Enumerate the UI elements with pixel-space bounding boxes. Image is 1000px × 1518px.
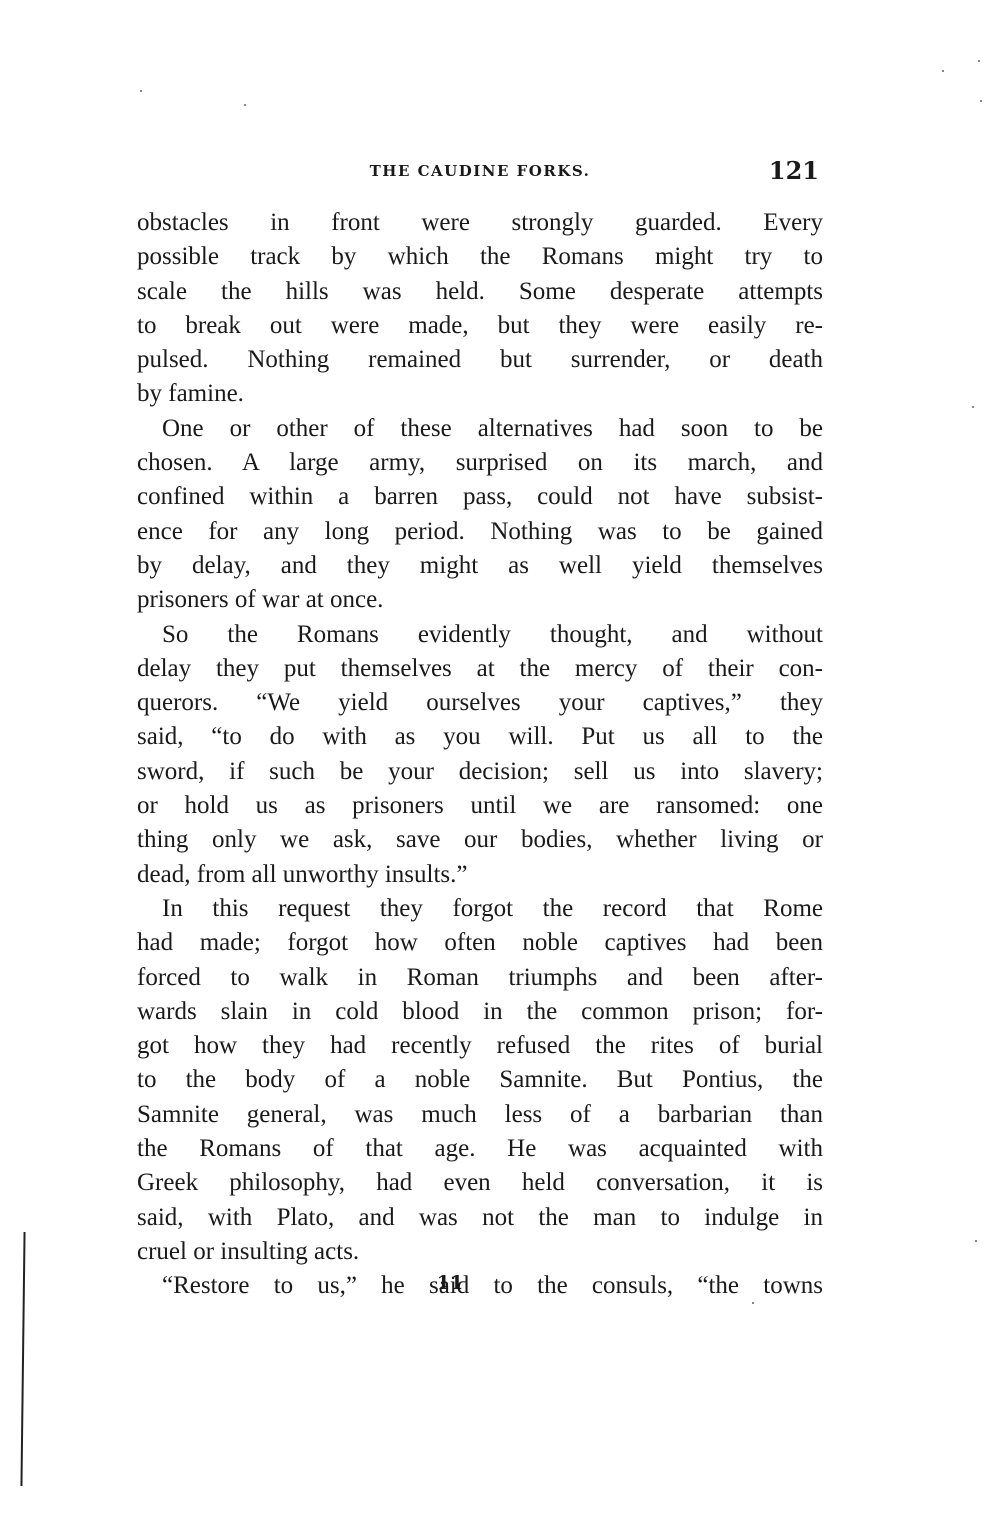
text-line: by famine. — [137, 377, 823, 411]
text-line: the Romans of that age. He was acquainte… — [137, 1132, 823, 1166]
text-line: pulsed. Nothing remained but surrender, … — [137, 343, 823, 377]
text-line: thing only we ask, save our bodies, whet… — [137, 823, 823, 857]
scan-margin-line — [20, 1232, 25, 1486]
text-line: So the Romans evidently thought, and wit… — [137, 618, 823, 652]
text-line: scale the hills was held. Some desperate… — [137, 275, 823, 309]
text-line: sword, if such be your decision; sell us… — [137, 755, 823, 789]
text-line: querors. “We yield ourselves your captiv… — [137, 686, 823, 720]
text-line: obstacles in front were strongly guarded… — [137, 206, 823, 240]
scan-speck — [975, 1240, 977, 1242]
scan-speck — [752, 1302, 754, 1304]
text-line: to the body of a noble Samnite. But Pont… — [137, 1063, 823, 1097]
text-line: or hold us as prisoners until we are ran… — [137, 789, 823, 823]
scan-speck — [972, 406, 974, 408]
paragraph: In this request they forgot the record t… — [137, 892, 823, 1269]
paragraph: So the Romans evidently thought, and wit… — [137, 618, 823, 892]
text-line: by delay, and they might as well yield t… — [137, 549, 823, 583]
text-line: One or other of these alternatives had s… — [137, 412, 823, 446]
scan-speck — [244, 104, 246, 106]
text-line: to break out were made, but they were ea… — [137, 309, 823, 343]
text-line: Greek philosophy, had even held conversa… — [137, 1166, 823, 1200]
scan-speck — [980, 100, 982, 102]
text-line: “Restore to us,” he said to the consuls,… — [137, 1269, 823, 1303]
text-line: confined within a barren pass, could not… — [137, 480, 823, 514]
text-line: prisoners of war at once. — [137, 583, 823, 617]
scan-speck — [140, 90, 142, 92]
text-line: said, “to do with as you will. Put us al… — [137, 720, 823, 754]
text-line: got how they had recently refused the ri… — [137, 1029, 823, 1063]
text-line: In this request they forgot the record t… — [137, 892, 823, 926]
signature-mark: 11 — [420, 1272, 480, 1294]
text-line: said, with Plato, and was not the man to… — [137, 1201, 823, 1235]
text-line: Samnite general, was much less of a barb… — [137, 1098, 823, 1132]
text-line: ence for any long period. Nothing was to… — [137, 515, 823, 549]
text-line: chosen. A large army, surprised on its m… — [137, 446, 823, 480]
paragraph: obstacles in front were strongly guarded… — [137, 206, 823, 412]
scan-speck — [942, 70, 944, 72]
page-number: 121 — [769, 156, 819, 185]
body-text: obstacles in front were strongly guarded… — [137, 206, 823, 1304]
text-line: possible track by which the Romans might… — [137, 240, 823, 274]
running-head: THE CAUDINE FORKS. 121 — [137, 156, 823, 186]
running-title: THE CAUDINE FORKS. — [137, 162, 823, 180]
paragraph: One or other of these alternatives had s… — [137, 412, 823, 618]
text-line: dead, from all unworthy insults.” — [137, 858, 823, 892]
book-page: THE CAUDINE FORKS. 121 obstacles in fron… — [0, 0, 1000, 1518]
text-line: wards slain in cold blood in the common … — [137, 995, 823, 1029]
text-line: had made; forgot how often noble captive… — [137, 926, 823, 960]
text-line: delay they put themselves at the mercy o… — [137, 652, 823, 686]
text-line: forced to walk in Roman triumphs and bee… — [137, 961, 823, 995]
paragraph: “Restore to us,” he said to the consuls,… — [137, 1269, 823, 1303]
scan-speck — [978, 60, 980, 62]
text-line: cruel or insulting acts. — [137, 1235, 823, 1269]
